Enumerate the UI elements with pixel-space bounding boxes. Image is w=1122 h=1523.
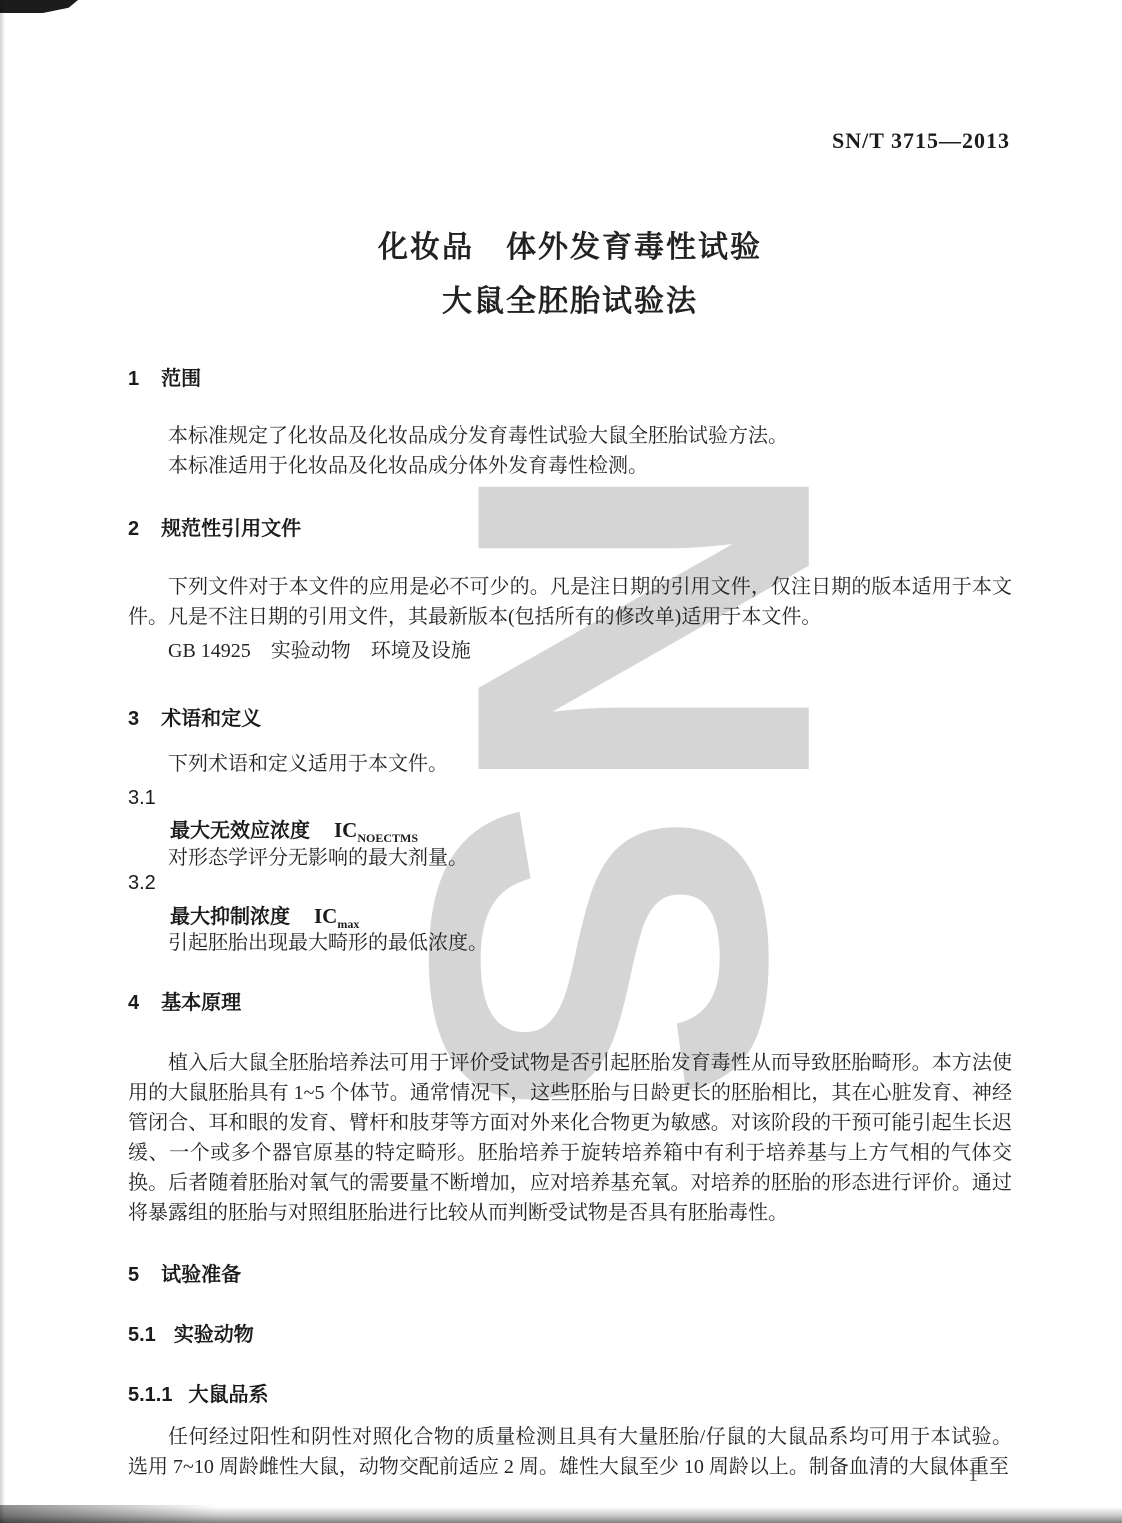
term-3-1-symbol-base: IC <box>334 818 357 842</box>
section-3-number: 3 <box>128 708 139 730</box>
section-5-1-heading: 5.1实验动物 <box>128 1318 1012 1347</box>
section-2-reference-gb14925: GB 14925 实验动物 环境及设施 <box>128 636 1012 666</box>
section-2-number: 2 <box>128 518 139 540</box>
section-5-1-1-title: 大鼠品系 <box>188 1384 268 1406</box>
page-number: 1 <box>968 1464 978 1487</box>
scan-edge-bottom-left <box>0 1505 220 1523</box>
section-5-1-number: 5.1 <box>128 1324 156 1346</box>
term-3-1-line: 最大无效应浓度ICNOECTMS <box>128 814 1012 846</box>
clause-3-1-number: 3.1 <box>128 787 156 810</box>
section-1-heading: 1范围 <box>128 362 1012 391</box>
document-title-line1: 化妆品 体外发育毒性试验 <box>128 222 1012 266</box>
term-3-1-definition: 对形态学评分无影响的最大剂量。 <box>128 843 1012 873</box>
term-3-2-symbol: ICmax <box>314 904 359 928</box>
section-2-paragraph-1: 下列文件对于本文件的应用是必不可少的。凡是注日期的引用文件，仅注日期的版本适用于… <box>128 572 1012 632</box>
section-5-number: 5 <box>128 1264 139 1286</box>
document-title-line2: 大鼠全胚胎试验法 <box>128 276 1012 320</box>
section-2-heading: 2规范性引用文件 <box>128 512 1012 541</box>
term-3-2-symbol-base: IC <box>314 904 337 928</box>
section-3-title: 术语和定义 <box>161 708 261 730</box>
section-4-number: 4 <box>128 992 139 1014</box>
section-5-heading: 5试验准备 <box>128 1258 1012 1287</box>
section-1-paragraph-1: 本标准规定了化妆品及化妆品成分发育毒性试验大鼠全胚胎试验方法。 <box>128 421 1012 451</box>
section-5-1-1-heading: 5.1.1大鼠品系 <box>128 1378 1012 1407</box>
section-5-1-1-number: 5.1.1 <box>128 1384 172 1406</box>
section-2-title: 规范性引用文件 <box>161 518 301 540</box>
section-1-paragraph-2: 本标准适用于化妆品及化妆品成分体外发育毒性检测。 <box>128 451 1012 481</box>
section-4-title: 基本原理 <box>161 992 241 1014</box>
term-3-1-symbol: ICNOECTMS <box>334 818 418 842</box>
scan-edge-left <box>0 0 5 1523</box>
section-5-1-1-paragraph-1: 任何经过阳性和阴性对照化合物的质量检测且具有大量胚胎/仔鼠的大鼠品系均可用于本试… <box>128 1422 1012 1482</box>
clause-3-2-number: 3.2 <box>128 872 156 895</box>
section-3-intro: 下列术语和定义适用于本文件。 <box>128 749 1012 779</box>
term-3-2-name: 最大抑制浓度 <box>170 906 290 928</box>
term-3-2-definition: 引起胚胎出现最大畸形的最低浓度。 <box>128 928 1012 958</box>
section-1-number: 1 <box>128 368 139 390</box>
section-5-1-title: 实验动物 <box>174 1324 254 1346</box>
standard-number: SN/T 3715—2013 <box>832 128 1010 154</box>
section-3-heading: 3术语和定义 <box>128 702 1012 731</box>
section-4-heading: 4基本原理 <box>128 986 1012 1015</box>
document-page: N S SN/T 3715—2013 化妆品 体外发育毒性试验 大鼠全胚胎试验法… <box>0 0 1122 1523</box>
section-4-paragraph-1: 植入后大鼠全胚胎培养法可用于评价受试物是否引起胚胎发育毒性从而导致胚胎畸形。本方… <box>128 1048 1012 1228</box>
section-5-title: 试验准备 <box>161 1264 241 1286</box>
term-3-1-name: 最大无效应浓度 <box>170 820 310 842</box>
section-1-title: 范围 <box>161 368 201 390</box>
